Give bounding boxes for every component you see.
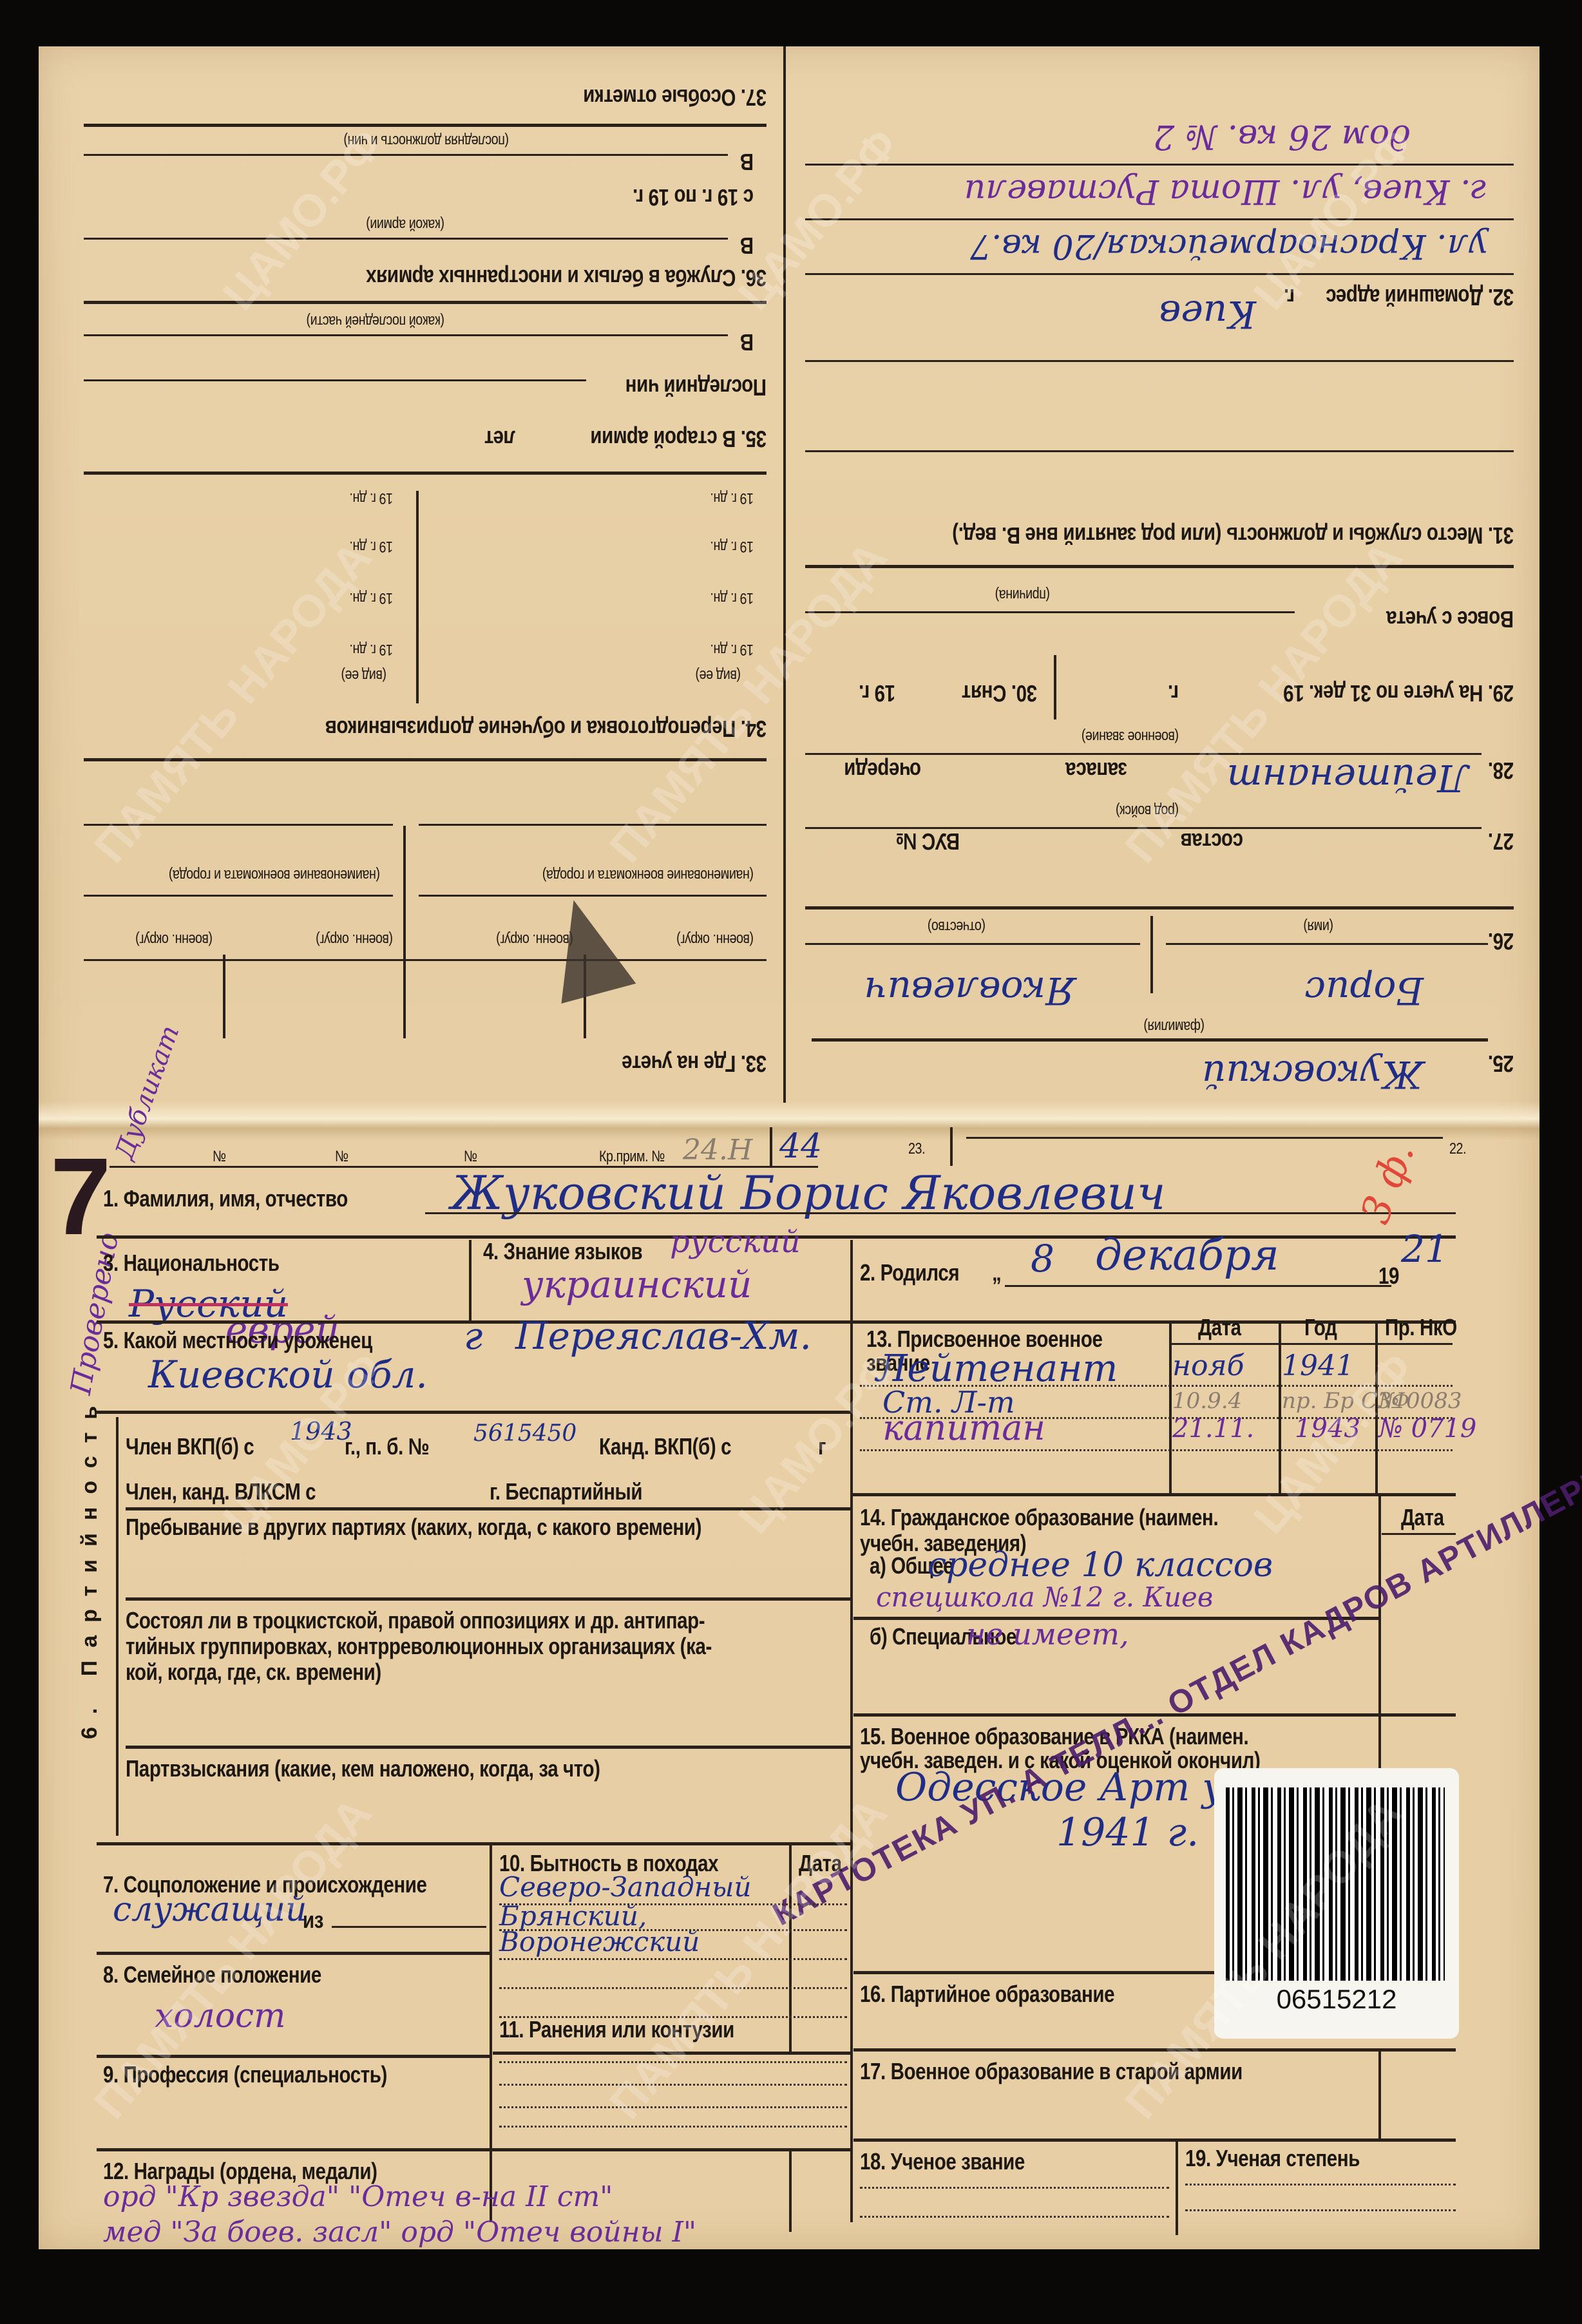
divider [84, 124, 767, 127]
field-2-year: 21 [1401, 1227, 1449, 1271]
divider [1176, 2138, 1178, 2235]
divider [812, 1038, 1488, 1042]
field-4-value-2: украинский [522, 1262, 752, 1306]
field-33-label: 33. Где на учете [622, 1050, 767, 1077]
field-26-label: 26. [1488, 928, 1514, 955]
f34-vid-2: (вид ее) [341, 666, 386, 684]
field-15-label-1: 15. Военное образование в РККА (наимен. [860, 1723, 1248, 1750]
field-35-label: 35. В старой армии [591, 425, 767, 452]
field-2-underline [1005, 1285, 1391, 1287]
f13-row-3-order: № 0719 [1378, 1414, 1476, 1443]
field-36-label: 36. Служба в белых и иностранных армиях [366, 264, 767, 291]
field-35-suffix: лет [484, 425, 515, 452]
divider [84, 154, 728, 156]
f34-line: 19 г. дн. [710, 537, 754, 555]
v-label: В [740, 148, 754, 175]
f13-row-2-date: 10.9.4 [1172, 1388, 1242, 1414]
field-18-label: 18. Ученое звание [860, 2148, 1025, 2175]
divider [223, 955, 225, 1038]
field-2-quote: „ [992, 1259, 1001, 1286]
field-37-label: 37. Особые отметки [584, 84, 767, 111]
field-5-value-1: Переяслав-Хм. [515, 1314, 812, 1358]
divider [116, 1417, 119, 1836]
kr-prim-value: 24.Н [683, 1134, 752, 1167]
f14-date: Дата [1401, 1504, 1444, 1531]
f6-opposition-2: тийных группировках, контрреволюционных … [126, 1633, 712, 1660]
dotted-line [499, 1987, 847, 1989]
field-4-value-1: русский [670, 1224, 801, 1260]
v-label: В [740, 329, 754, 356]
divider [805, 753, 1482, 755]
divider [1378, 2048, 1381, 2138]
field-25-hint: (фамилия) [1144, 1017, 1205, 1035]
f34-line: 19 г. дн. [710, 589, 754, 607]
vovse-label: Вовсе с учета [1386, 605, 1514, 633]
f34-line: 19 г. дн. [350, 640, 393, 658]
f14b-value: не имеет, [966, 1617, 1129, 1652]
divider [416, 491, 419, 703]
dotted-line [499, 1958, 847, 1960]
s-po-label: с 19 г. по 19 г. [633, 184, 754, 211]
dotted-line [860, 2187, 1169, 2189]
f34-line: 19 г. дн. [350, 489, 393, 507]
divider [805, 611, 1295, 613]
f6-member-suffix: г., п. б. № [345, 1433, 429, 1460]
divider [1150, 916, 1153, 993]
f13-col-year: Год [1304, 1314, 1337, 1341]
f13-row-1-rank: Лейтенант [876, 1346, 1118, 1390]
dotted-line [499, 2106, 847, 2108]
field-27-sostav: состав [1181, 828, 1243, 855]
row-divider [97, 2148, 850, 2151]
header-no-2: № [335, 1148, 348, 1166]
f6-cand-label: Канд. ВКП(б) с [599, 1433, 731, 1460]
field-26-patronymic-hint: (отчество) [928, 917, 986, 935]
field-3-label: 3. Национальность [103, 1250, 280, 1277]
kakoi-chasti-hint: (какой последней части) [307, 312, 444, 330]
f34-line: 19 г. дн. [710, 489, 754, 507]
field-27-label: 27. [1488, 828, 1514, 855]
field-30-label: 30. Снят [962, 680, 1037, 707]
last-rank-label: Последний чин [625, 374, 767, 401]
dotted-line [860, 2216, 1169, 2218]
field-22-marker: 22. [1449, 1140, 1466, 1158]
row-divider [97, 1411, 850, 1414]
field-12-line-1: орд "Кр звезда" "Отеч в-на II ст" [103, 2180, 613, 2213]
kakoi-armii-hint: (какой армии) [367, 215, 444, 233]
okrug-hint-1: (военн. округ) [677, 930, 754, 948]
field-23-marker: 23. [908, 1140, 925, 1158]
f14a-value-1: среднее 10 классов [928, 1546, 1273, 1585]
header-no-3: № [464, 1148, 477, 1166]
v-label: В [740, 232, 754, 259]
divider [469, 1240, 472, 1320]
f10-value-1: Северо-Западный [499, 1871, 752, 1903]
field-27-vus: ВУС № [896, 828, 960, 855]
divider [419, 824, 767, 826]
field-16-label: 16. Партийное образование [860, 1981, 1114, 2008]
f15-value-2: 1941 г. [1056, 1810, 1199, 1855]
f13-col-order: Пр. НкО [1385, 1314, 1457, 1341]
f6-member-label: Член ВКП(б) с [126, 1433, 254, 1460]
field-30-suffix: 19 г. [859, 680, 895, 707]
dotted-line [860, 1449, 1453, 1451]
divider [805, 943, 1140, 945]
f6-opposition-1: Состоял ли в троцкистской, правой оппози… [126, 1607, 705, 1634]
column-divider [490, 1842, 492, 2222]
f14a-value-2: спецшкола №12 г. Киев [876, 1581, 1213, 1613]
field-2-label: 2. Родился [860, 1259, 959, 1286]
divider [1169, 1343, 1453, 1345]
field-29-suffix: г. [1168, 680, 1179, 707]
f13-row-1-year: 1941 [1282, 1349, 1354, 1382]
divider [84, 471, 767, 475]
f13-row-3-rank: капитан [882, 1407, 1045, 1448]
divider [1169, 1320, 1172, 1494]
f6-penalties: Партвзыскания (какие, кем наложено, когд… [126, 1755, 600, 1782]
dotted-line [1185, 2184, 1456, 2186]
field-2-month: декабря [1095, 1230, 1279, 1280]
field-2-year-prefix: 19 [1378, 1262, 1399, 1290]
field-28-zapas: запаса [1065, 757, 1127, 784]
field-28-label: 28. [1488, 757, 1514, 784]
divider [805, 273, 1514, 275]
f34-line: 19 г. дн. [710, 640, 754, 658]
row-divider [850, 1493, 1456, 1496]
divider [84, 334, 728, 336]
row-divider [97, 1842, 850, 1845]
f6-other-parties: Пребывание в других партиях (каких, когд… [126, 1514, 701, 1541]
field-26-name-hint: (имя) [1304, 917, 1333, 935]
field-6-vertical-label: 6. Партийность [77, 1393, 102, 1739]
prichina-hint: (причина) [995, 586, 1050, 604]
field-1-underline [425, 1212, 1456, 1214]
divider [84, 895, 393, 897]
field-28-value: Лейтенант [1227, 756, 1469, 800]
field-5-label: 5. Какой местности уроженец [103, 1327, 372, 1354]
divider [805, 450, 1514, 452]
divider [950, 1127, 953, 1166]
field-32-label: 32. Домашний адрес [1326, 283, 1514, 310]
divider [789, 2148, 792, 2232]
f13-row-3-date: 21.11. [1172, 1414, 1254, 1443]
field-28-hint: (военное звание) [1082, 727, 1179, 745]
field-32-value-1: Киев [1159, 292, 1256, 336]
field-1-label: 1. Фамилия, имя, отчество [103, 1185, 348, 1212]
field-26-name-value: Борис [1304, 969, 1424, 1013]
f13-col-date: Дата [1198, 1314, 1241, 1341]
voenkomat-hint-2: (наименование военкомата и города) [169, 866, 380, 884]
field-12-line-2: мед "За боев. засл" орд "Отеч войны I" [103, 2216, 696, 2249]
row-divider [126, 1746, 850, 1749]
divider [850, 1240, 853, 1320]
divider [84, 301, 767, 304]
field-26-patronymic-value: Яковлевич [864, 969, 1076, 1013]
divider [1166, 943, 1488, 945]
voenkomat-hint-1: (наименование военкомата и города) [542, 866, 754, 884]
field-29-label: 29. На учете по 31 дек. 19 [1284, 680, 1514, 707]
kr-prim-label: Кр.прим. № [599, 1148, 665, 1166]
divider [1054, 655, 1056, 719]
field-28-ochered: очереди [844, 757, 921, 784]
field-32-value-2: ул. Красноармейская/20 кв.7 [970, 227, 1488, 265]
okrug-hint-4: (военн. округ) [136, 930, 213, 948]
field-5-prefix: г [464, 1314, 482, 1358]
field-19-label: 19. Ученая степень [1185, 2145, 1360, 2172]
divider [770, 1127, 772, 1166]
row-divider [126, 1597, 850, 1601]
field-4-label: 4. Знание языков [483, 1238, 642, 1265]
divider [1382, 1533, 1456, 1535]
header-no-1: № [213, 1148, 226, 1166]
field-2-day: 8 [1031, 1237, 1054, 1281]
f6-opposition-3: кой, когда, где, ск. времени) [126, 1659, 381, 1686]
column-divider [783, 46, 786, 1103]
row-divider [97, 1952, 490, 1955]
dotted-line [499, 2126, 847, 2128]
divider [84, 379, 586, 381]
dotted-line [1185, 2209, 1456, 2211]
field-32-value-3: г. Киев, ул. Шота Руставели [964, 172, 1488, 211]
field-25-value: Жуковский [1202, 1052, 1424, 1096]
field-25-label: 25. [1488, 1050, 1514, 1077]
f10-value-3: Воронежский [499, 1926, 700, 1957]
f13-row-1-date: нояб [1172, 1349, 1244, 1382]
f6-party-card: 5615450 [473, 1420, 577, 1447]
field-14-label-1: 14. Гражданское образование (наимен. [860, 1504, 1218, 1531]
okrug-hint-3: (военн. округ) [316, 930, 393, 948]
f6-vlksm-suffix: г. Беспартийный [490, 1478, 642, 1505]
divider [805, 906, 1514, 910]
header-line [966, 1137, 1443, 1139]
divider [84, 959, 767, 961]
header-number-value: 44 [779, 1127, 822, 1166]
divider [805, 360, 1514, 362]
divider [805, 218, 1514, 220]
row-divider [853, 2138, 1456, 2142]
divider [332, 1926, 486, 1928]
divider [403, 826, 406, 1038]
divider [84, 238, 728, 240]
field-31-label: 31. Место службы и должность (или род за… [953, 522, 1514, 549]
